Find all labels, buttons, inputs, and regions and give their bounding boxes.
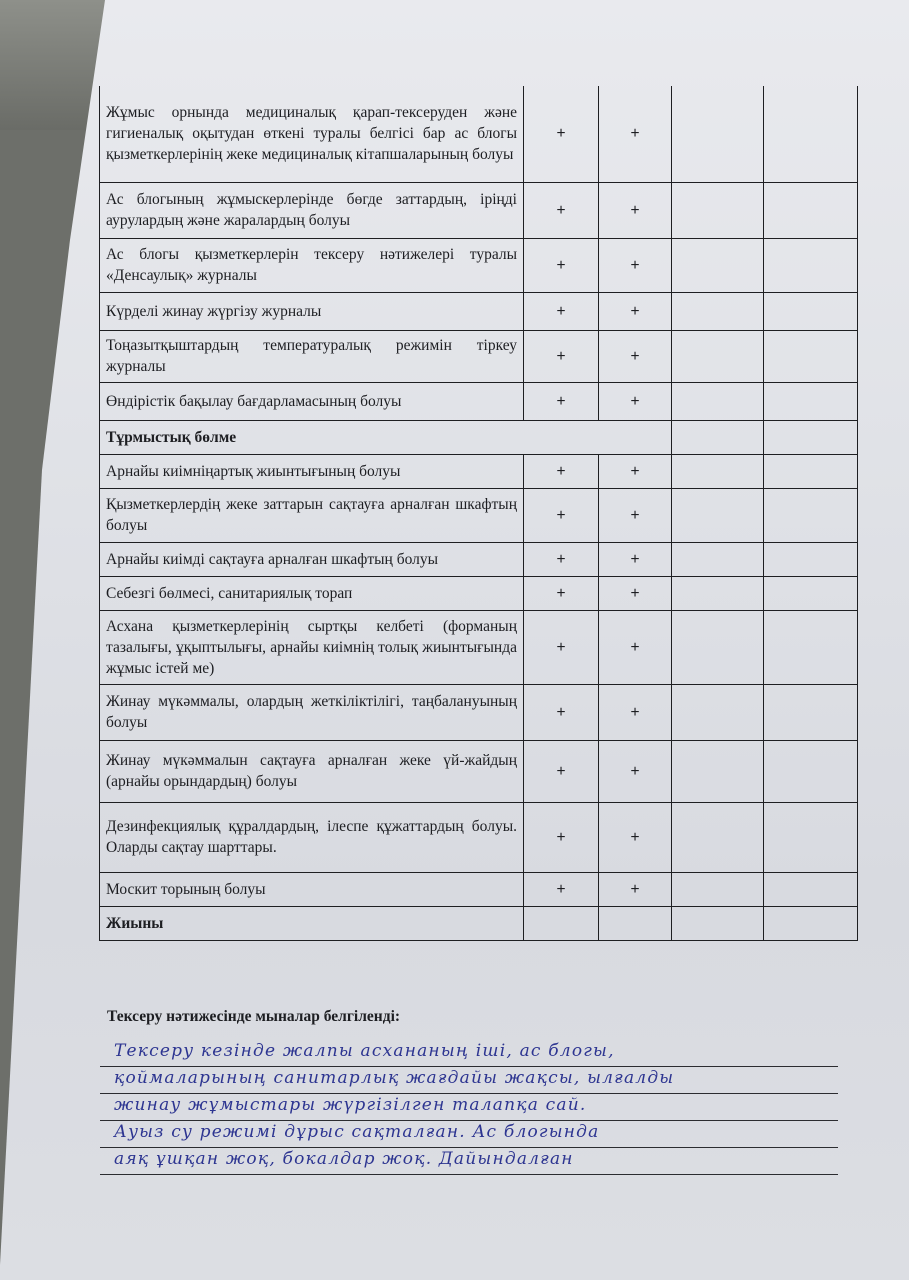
mark-cell: + (524, 542, 599, 576)
findings-line: аяқ ұшқан жоқ, бокалдар жоқ. Дайындалған (100, 1148, 838, 1175)
mark-cell: + (599, 802, 672, 872)
item-description: Тоңазытқыштардың температуралық режимін … (100, 330, 524, 382)
mark-cell (764, 488, 858, 542)
item-description: Арнайы киімді сақтауға арналған шкафтың … (100, 542, 524, 576)
item-description: Жинау мүкәммалы, олардың жеткіліктілігі,… (100, 684, 524, 740)
handwritten-findings: Тексеру кезінде жалпы асхананың іші, ас … (100, 1040, 838, 1175)
section-heading: Тұрмыстық бөлме (100, 420, 672, 454)
mark-cell (764, 330, 858, 382)
mark-cell: + (599, 182, 672, 238)
mark-cell (764, 872, 858, 906)
mark-cell (672, 488, 764, 542)
mark-cell: + (524, 382, 599, 420)
mark-cell: + (599, 86, 672, 182)
mark-cell (599, 906, 672, 940)
table-row: Арнайы киімді сақтауға арналған шкафтың … (100, 542, 858, 576)
mark-cell: + (599, 382, 672, 420)
mark-cell: + (524, 802, 599, 872)
mark-cell (764, 420, 858, 454)
total-row: Жиыны (100, 906, 858, 940)
table-row: Өндірістік бақылау бағдарламасының болуы… (100, 382, 858, 420)
table-row: Себезгі бөлмесі, санитариялық торап++ (100, 576, 858, 610)
mark-cell (764, 454, 858, 488)
table-row: Тоңазытқыштардың температуралық режимін … (100, 330, 858, 382)
item-description: Жұмыс орнында медициналық қарап-тексеруд… (100, 86, 524, 182)
mark-cell (672, 292, 764, 330)
mark-cell: + (524, 488, 599, 542)
item-description: Арнайы киімніңартық жиынтығының болуы (100, 454, 524, 488)
table-row: Асхана қызметкерлерінің сыртқы келбеті (… (100, 610, 858, 684)
mark-cell (672, 740, 764, 802)
mark-cell: + (524, 454, 599, 488)
mark-cell (672, 330, 764, 382)
mark-cell (764, 740, 858, 802)
mark-cell (764, 684, 858, 740)
item-description: Ас блогының жұмыскерлерінде бөгде заттар… (100, 182, 524, 238)
table-row: Жинау мүкәммалы, олардың жеткіліктілігі,… (100, 684, 858, 740)
item-description: Күрделі жинау жүргізу журналы (100, 292, 524, 330)
mark-cell (672, 906, 764, 940)
mark-cell (764, 610, 858, 684)
total-label: Жиыны (100, 906, 524, 940)
table-row: Москит торының болуы++ (100, 872, 858, 906)
mark-cell: + (599, 542, 672, 576)
mark-cell: + (524, 740, 599, 802)
mark-cell: + (599, 454, 672, 488)
mark-cell (764, 86, 858, 182)
table-row: Қызметкерлердің жеке заттарын сақтауға а… (100, 488, 858, 542)
inspection-checklist-table: Жұмыс орнында медициналық қарап-тексеруд… (99, 86, 858, 941)
table-row: Арнайы киімніңартық жиынтығының болуы++ (100, 454, 858, 488)
findings-line: Тексеру кезінде жалпы асхананың іші, ас … (100, 1040, 838, 1067)
mark-cell (672, 576, 764, 610)
mark-cell (764, 576, 858, 610)
mark-cell: + (599, 488, 672, 542)
mark-cell: + (524, 238, 599, 292)
mark-cell: + (599, 684, 672, 740)
section-row: Тұрмыстық бөлме (100, 420, 858, 454)
mark-cell (672, 684, 764, 740)
mark-cell: + (524, 182, 599, 238)
mark-cell: + (599, 610, 672, 684)
mark-cell (764, 238, 858, 292)
findings-line: Ауыз су режимі дұрыс сақталған. Ас блогы… (100, 1121, 838, 1148)
mark-cell: + (599, 576, 672, 610)
mark-cell (672, 454, 764, 488)
item-description: Москит торының болуы (100, 872, 524, 906)
mark-cell: + (599, 238, 672, 292)
mark-cell (672, 802, 764, 872)
mark-cell: + (524, 292, 599, 330)
mark-cell: + (524, 86, 599, 182)
item-description: Себезгі бөлмесі, санитариялық торап (100, 576, 524, 610)
findings-heading: Тексеру нәтижесінде мыналар белгіленді: (107, 1008, 400, 1026)
mark-cell (524, 906, 599, 940)
mark-cell (672, 86, 764, 182)
mark-cell: + (524, 872, 599, 906)
mark-cell (764, 382, 858, 420)
mark-cell (672, 182, 764, 238)
mark-cell (672, 872, 764, 906)
mark-cell: + (599, 740, 672, 802)
document-page: Жұмыс орнында медициналық қарап-тексеруд… (0, 0, 909, 1280)
mark-cell (764, 542, 858, 576)
mark-cell: + (524, 330, 599, 382)
item-description: Дезинфекциялық құралдардың, ілеспе құжат… (100, 802, 524, 872)
mark-cell (672, 382, 764, 420)
mark-cell (764, 906, 858, 940)
item-description: Жинау мүкәммалын сақтауға арналған жеке … (100, 740, 524, 802)
mark-cell (672, 420, 764, 454)
mark-cell (672, 238, 764, 292)
mark-cell: + (599, 330, 672, 382)
table-row: Жұмыс орнында медициналық қарап-тексеруд… (100, 86, 858, 182)
findings-line: қоймаларының санитарлық жағдайы жақсы, ы… (100, 1067, 838, 1094)
mark-cell: + (524, 610, 599, 684)
table-row: Күрделі жинау жүргізу журналы++ (100, 292, 858, 330)
table-row: Жинау мүкәммалын сақтауға арналған жеке … (100, 740, 858, 802)
item-description: Қызметкерлердің жеке заттарын сақтауға а… (100, 488, 524, 542)
table-row: Ас блогы қызметкерлерін тексеру нәтижеле… (100, 238, 858, 292)
item-description: Ас блогы қызметкерлерін тексеру нәтижеле… (100, 238, 524, 292)
mark-cell: + (524, 684, 599, 740)
table-row: Дезинфекциялық құралдардың, ілеспе құжат… (100, 802, 858, 872)
table-row: Ас блогының жұмыскерлерінде бөгде заттар… (100, 182, 858, 238)
mark-cell: + (599, 872, 672, 906)
item-description: Өндірістік бақылау бағдарламасының болуы (100, 382, 524, 420)
mark-cell (764, 182, 858, 238)
mark-cell: + (599, 292, 672, 330)
mark-cell (764, 292, 858, 330)
mark-cell (764, 802, 858, 872)
item-description: Асхана қызметкерлерінің сыртқы келбеті (… (100, 610, 524, 684)
mark-cell: + (524, 576, 599, 610)
mark-cell (672, 542, 764, 576)
findings-line: жинау жұмыстары жүргізілген талапқа сай. (100, 1094, 838, 1121)
mark-cell (672, 610, 764, 684)
